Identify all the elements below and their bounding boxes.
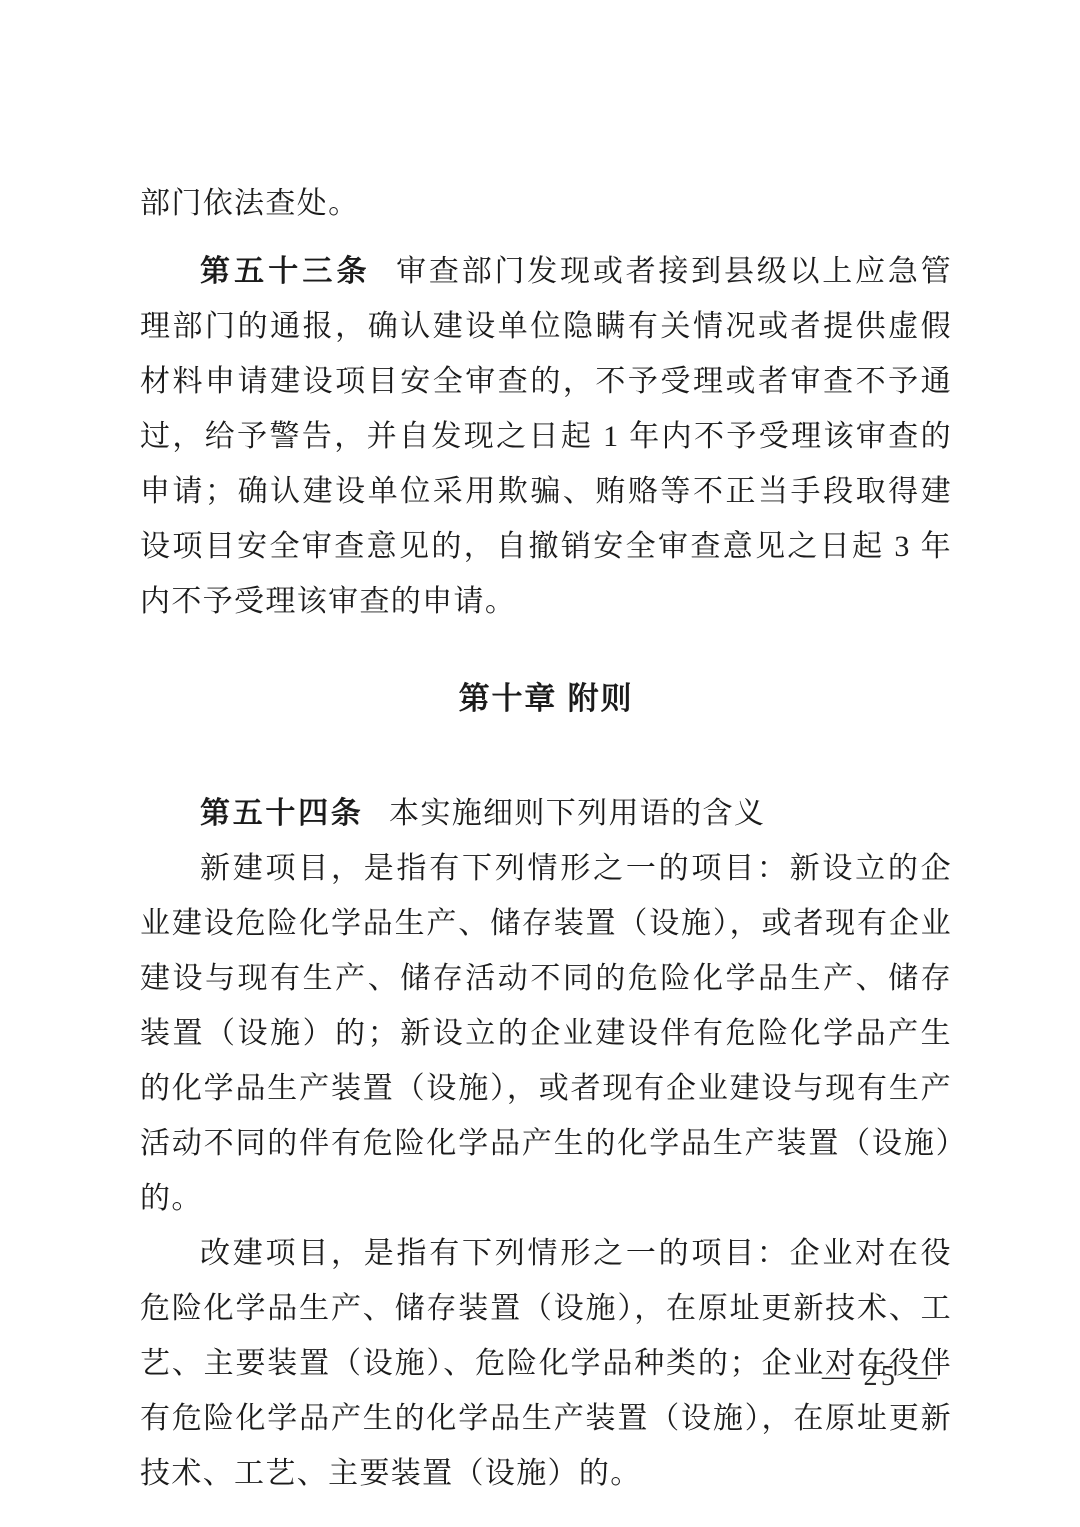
chapter-heading: 第十章 附则 bbox=[140, 671, 952, 726]
page-number: — 25 — bbox=[822, 1358, 940, 1396]
paragraph-continuation: 部门依法查处。 bbox=[140, 176, 952, 231]
article-53-paragraph: 第五十三条审查部门发现或者接到县级以上应急管理部门的通报，确认建设单位隐瞒有关情… bbox=[140, 244, 952, 629]
article-54-label: 第五十四条 bbox=[200, 797, 364, 830]
chapter-heading-text: 第十章 附则 bbox=[459, 681, 634, 716]
document-page: 部门依法查处。 第五十三条审查部门发现或者接到县级以上应急管理部门的通报，确认建… bbox=[0, 0, 1080, 1527]
definition-new-project-text: 新建项目，是指有下列情形之一的项目：新设立的企业建设危险化学品生产、储存装置（设… bbox=[140, 852, 952, 1215]
paragraph-continuation-text: 部门依法查处。 bbox=[140, 187, 359, 220]
page-number-text: — 25 — bbox=[822, 1361, 940, 1392]
article-54-paragraph: 第五十四条本实施细则下列用语的含义 bbox=[140, 786, 952, 841]
document-body: 部门依法查处。 第五十三条审查部门发现或者接到县级以上应急管理部门的通报，确认建… bbox=[140, 0, 952, 1501]
article-54-text: 本实施细则下列用语的含义 bbox=[389, 797, 765, 830]
article-53-text: 审查部门发现或者接到县级以上应急管理部门的通报，确认建设单位隐瞒有关情况或者提供… bbox=[140, 255, 952, 618]
article-53-label: 第五十三条 bbox=[200, 255, 371, 288]
definition-new-project-paragraph: 新建项目，是指有下列情形之一的项目：新设立的企业建设危险化学品生产、储存装置（设… bbox=[140, 841, 952, 1226]
